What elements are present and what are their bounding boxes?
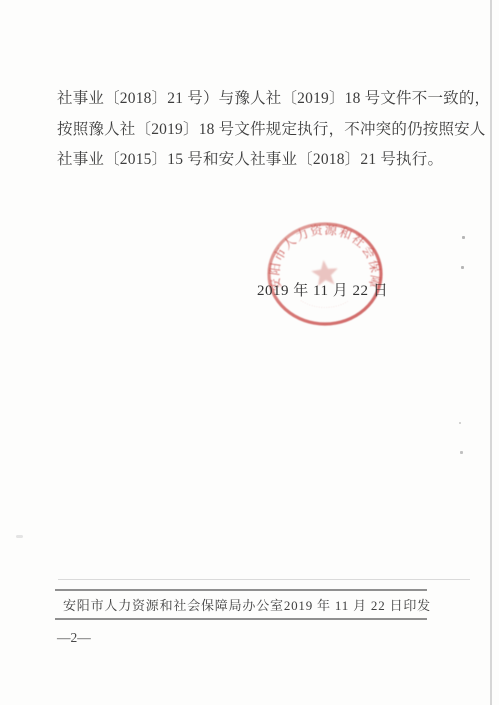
footer-issuer: 安阳市人力资源和社会保障局办公室 xyxy=(63,596,284,616)
scan-artifact-dot xyxy=(461,266,464,269)
footer-rule-bottom xyxy=(55,618,427,620)
footer-print-date: 2019 年 11 月 22 日印发 xyxy=(284,596,431,616)
page-number: —2— xyxy=(57,630,91,646)
scan-artifact-faint-rule xyxy=(58,579,470,580)
scan-artifact-dot xyxy=(460,451,463,454)
body-line: 按照豫人社〔2019〕18 号文件规定执行，不冲突的仍按照安人 xyxy=(57,115,467,146)
body-line: 社事业〔2018〕21 号）与豫人社〔2019〕18 号文件不一致的， xyxy=(57,84,467,115)
signature-date: 2019 年 11 月 22 日 xyxy=(257,279,388,300)
scan-artifact-edge-line xyxy=(490,0,492,705)
body-line: 社事业〔2015〕15 号和安人社事业〔2018〕21 号执行。 xyxy=(57,145,467,176)
scan-artifact-dot xyxy=(462,236,465,239)
scan-artifact-smudge xyxy=(16,535,23,538)
official-seal-stamp-icon: 安阳市人力资源和社会保障局 ····················· xyxy=(245,198,405,350)
body-paragraph: 社事业〔2018〕21 号）与豫人社〔2019〕18 号文件不一致的， 按照豫人… xyxy=(57,84,467,176)
footer-rule-top xyxy=(55,589,427,591)
footer-row: 安阳市人力资源和社会保障局办公室 2019 年 11 月 22 日印发 xyxy=(63,596,412,616)
document-page: 社事业〔2018〕21 号）与豫人社〔2019〕18 号文件不一致的， 按照豫人… xyxy=(0,0,499,705)
scan-artifact-dot xyxy=(459,422,461,424)
